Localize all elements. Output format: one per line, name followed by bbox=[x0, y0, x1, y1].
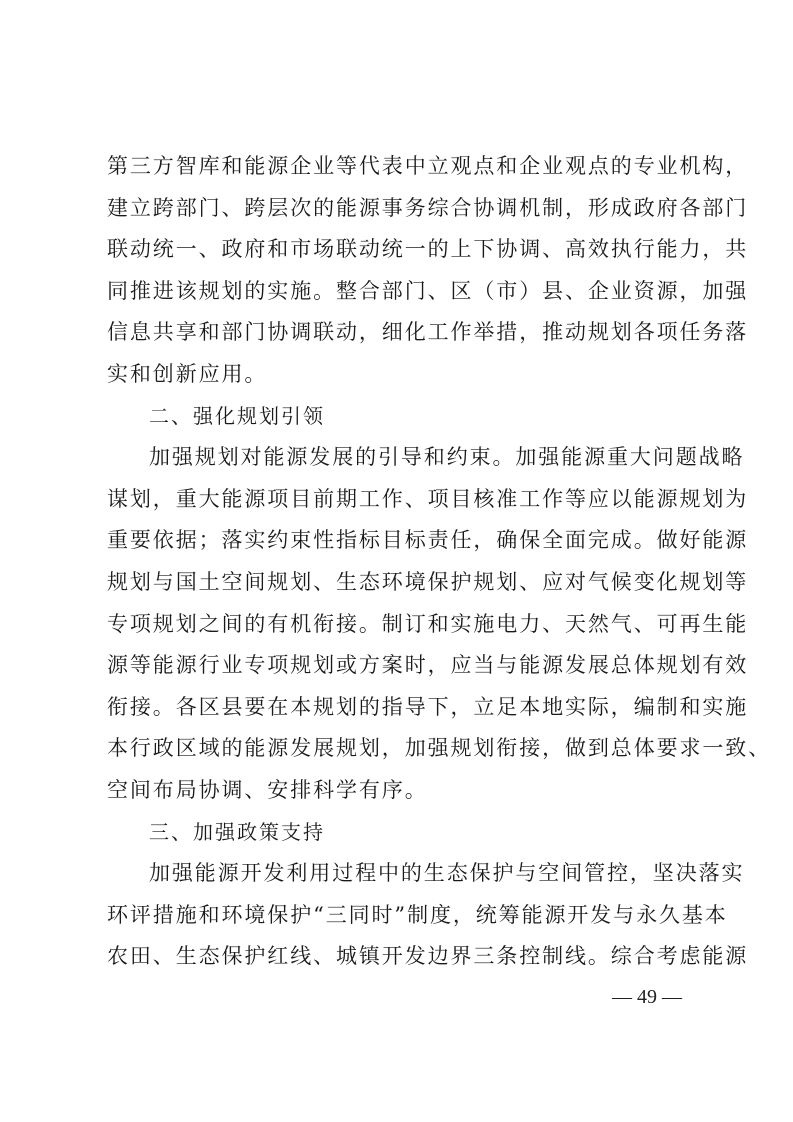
text-line: 加强能源开发利用过程中的生态保护与空间管控，坚决落实 bbox=[107, 853, 691, 895]
text-line: 规划与国土空间规划、生态环境保护规划、应对气候变化规划等 bbox=[107, 562, 691, 604]
paragraph-coordination: 第三方智库和能源企业等代表中立观点和企业观点的专业机构， 建立跨部门、跨层次的能… bbox=[107, 146, 691, 396]
text-line: 实和创新应用。 bbox=[107, 354, 691, 396]
text-line: 环评措施和环境保护“三同时”制度，统筹能源开发与永久基本 bbox=[107, 895, 691, 937]
paragraph-planning: 加强规划对能源发展的引导和约束。加强能源重大问题战略 谋划，重大能源项目前期工作… bbox=[107, 437, 691, 811]
page-number: — 49 — bbox=[612, 986, 682, 1009]
section-heading-policy: 三、加强政策支持 bbox=[107, 812, 691, 854]
document-page: 第三方智库和能源企业等代表中立观点和企业观点的专业机构， 建立跨部门、跨层次的能… bbox=[107, 146, 691, 978]
text-line: 建立跨部门、跨层次的能源事务综合协调机制，形成政府各部门 bbox=[107, 188, 691, 230]
text-line: 衔接。各区县要在本规划的指导下，立足本地实际，编制和实施 bbox=[107, 687, 691, 729]
paragraph-policy: 加强能源开发利用过程中的生态保护与空间管控，坚决落实 环评措施和环境保护“三同时… bbox=[107, 853, 691, 978]
text-line: 同推进该规划的实施。整合部门、区（市）县、企业资源，加强 bbox=[107, 271, 691, 313]
text-line: 专项规划之间的有机衔接。制订和实施电力、天然气、可再生能 bbox=[107, 604, 691, 646]
text-line: 空间布局协调、安排科学有序。 bbox=[107, 770, 691, 812]
text-line: 联动统一、政府和市场联动统一的上下协调、高效执行能力，共 bbox=[107, 229, 691, 271]
text-line: 源等能源行业专项规划或方案时，应当与能源发展总体规划有效 bbox=[107, 645, 691, 687]
section-heading-planning: 二、强化规划引领 bbox=[107, 396, 691, 438]
text-line: 农田、生态保护红线、城镇开发边界三条控制线。综合考虑能源 bbox=[107, 936, 691, 978]
text-line: 第三方智库和能源企业等代表中立观点和企业观点的专业机构， bbox=[107, 146, 691, 188]
text-line: 加强规划对能源发展的引导和约束。加强能源重大问题战略 bbox=[107, 437, 691, 479]
text-line: 重要依据；落实约束性指标目标责任，确保全面完成。做好能源 bbox=[107, 520, 691, 562]
text-line: 信息共享和部门协调联动，细化工作举措，推动规划各项任务落 bbox=[107, 312, 691, 354]
text-line: 本行政区域的能源发展规划，加强规划衔接，做到总体要求一致、 bbox=[107, 728, 691, 770]
text-line: 谋划，重大能源项目前期工作、项目核准工作等应以能源规划为 bbox=[107, 479, 691, 521]
